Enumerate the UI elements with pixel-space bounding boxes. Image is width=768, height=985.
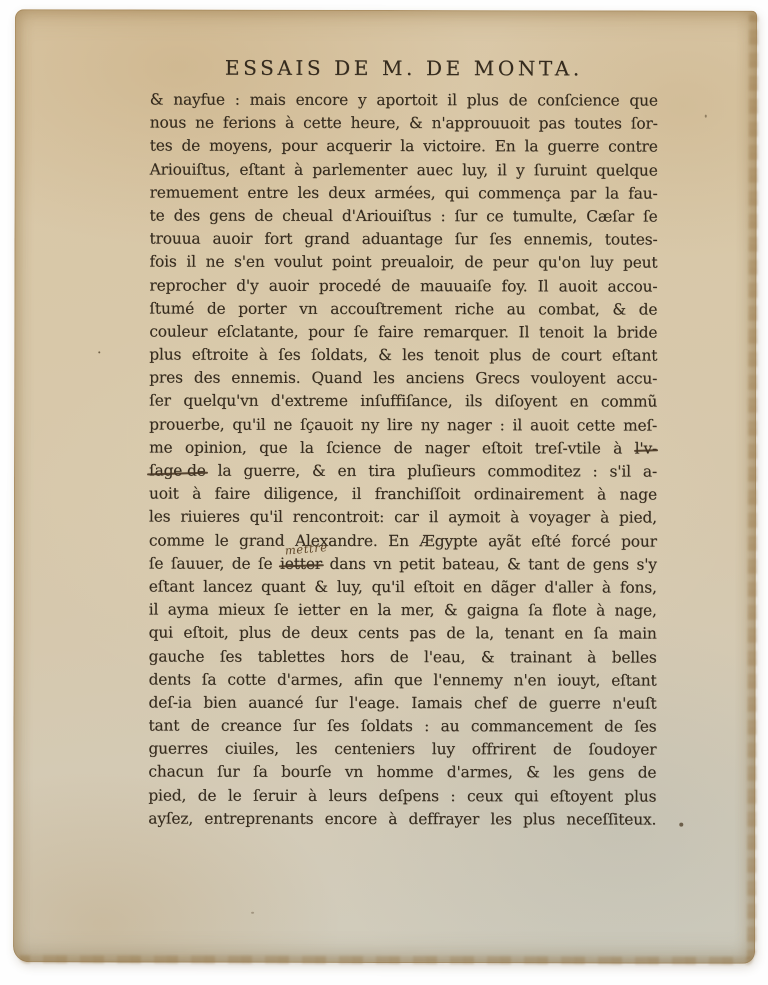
text-segment: pied, de le ſeruir à leurs deſpens : ceu…: [148, 786, 656, 805]
text-segment: deſ-ia bien auancé ſur l'eage. Iamais ch…: [149, 693, 657, 712]
text-line: ayſez, entreprenants encore à deffrayer …: [148, 807, 656, 831]
text-line: trouua auoir fort grand aduantage ſur ſe…: [149, 228, 657, 252]
text-segment: uoit à faire diligence, il franchiſſoit …: [149, 485, 657, 504]
photo-background: ESSAIS DE M. DE MONTA. & nayfue : mais e…: [0, 0, 768, 985]
text-segment: ſer quelqu'vn d'extreme inſuffiſance, il…: [149, 392, 657, 411]
running-header: ESSAIS DE M. DE MONTA.: [150, 56, 658, 81]
text-line: couleur eſclatante, pour ſe faire remarq…: [149, 320, 657, 344]
text-line: tant de creance ſur ſes ſoldats : au com…: [148, 715, 656, 739]
text-segment: ſe ſauuer, de ſe: [149, 554, 280, 572]
struck-text: ſage de: [149, 460, 206, 483]
text-line: comme le grand Alexandre. En Ægypte ayãt…: [149, 529, 657, 553]
book-page: ESSAIS DE M. DE MONTA. & nayfue : mais e…: [13, 9, 757, 964]
text-segment: Ariouiſtus, eſtant à parlementer auec lu…: [150, 160, 658, 179]
text-segment: pres des ennemis. Quand les anciens Grec…: [149, 369, 657, 388]
text-line: qui eſtoit, plus de deux cents pas de la…: [149, 622, 657, 646]
text-line: dents ſa cotte d'armes, afin que l'ennem…: [149, 668, 657, 692]
text-segment: tant de creance ſur ſes ſoldats : au com…: [148, 717, 656, 736]
text-line: gauche ſes tablettes hors de l'eau, & tr…: [149, 645, 657, 669]
text-line: Ariouiſtus, eſtant à parlementer auec lu…: [150, 158, 658, 182]
text-body: & nayfue : mais encore y aportoit il plu…: [148, 89, 658, 832]
text-segment: la guerre, & en tira pluſieurs commodite…: [206, 462, 657, 481]
struck-text: l'v-: [635, 437, 658, 460]
text-segment: gauche ſes tablettes hors de l'eau, & tr…: [149, 647, 657, 666]
text-segment: il ayma mieux ſe ietter en la mer, & gai…: [149, 601, 657, 620]
text-line: prouerbe, qu'il ne ſçauoit ny lire ny na…: [149, 413, 657, 437]
text-line: reprocher d'y auoir procedé de mauuaiſe …: [149, 274, 657, 298]
text-segment: reprocher d'y auoir procedé de mauuaiſe …: [149, 276, 657, 295]
struck-text: iettermettre: [280, 553, 322, 576]
text-segment: les riuieres qu'il rencontroit: car il a…: [149, 508, 657, 527]
text-segment: trouua auoir fort grand aduantage ſur ſe…: [149, 230, 657, 249]
text-segment: & nayfue : mais encore y aportoit il plu…: [150, 91, 658, 110]
text-segment: guerres ciuiles, les centeniers luy offr…: [148, 740, 656, 759]
text-segment: dans vn petit bateau, & tant de gens s'y: [322, 555, 657, 574]
text-line: & nayfue : mais encore y aportoit il plu…: [150, 89, 658, 113]
text-line: deſ-ia bien auancé ſur l'eage. Iamais ch…: [149, 691, 657, 715]
text-segment: te des gens de cheual d'Ariouiſtus : ſur…: [150, 206, 658, 225]
text-line: il ayma mieux ſe ietter en la mer, & gai…: [149, 599, 657, 623]
text-segment: prouerbe, qu'il ne ſçauoit ny lire ny na…: [149, 415, 657, 434]
text-line: nous ne ferions à cette heure, & n'appro…: [150, 112, 658, 136]
text-line: eſtant lancez quant & luy, qu'il eſtoit …: [149, 575, 657, 599]
text-line: pied, de le ſeruir à leurs deſpens : ceu…: [148, 784, 656, 808]
page-content: ESSAIS DE M. DE MONTA. & nayfue : mais e…: [148, 56, 658, 832]
text-line: guerres ciuiles, les centeniers luy offr…: [148, 738, 656, 762]
text-line: les riuieres qu'il rencontroit: car il a…: [149, 506, 657, 530]
text-line: uoit à faire diligence, il franchiſſoit …: [149, 483, 657, 507]
text-segment: nous ne ferions à cette heure, & n'appro…: [150, 114, 658, 133]
text-segment: dents ſa cotte d'armes, afin que l'ennem…: [149, 670, 657, 689]
paper-speck: [98, 351, 100, 353]
paper-speck: [251, 912, 254, 914]
text-line: plus eſtroite à ſes ſoldats, & les tenoi…: [149, 344, 657, 368]
paper-speck: [705, 115, 707, 118]
text-line: ſage de la guerre, & en tira pluſieurs c…: [149, 460, 657, 484]
text-line: pres des ennemis. Quand les anciens Grec…: [149, 367, 657, 391]
text-segment: me opinion, que la ſcience de nager eſto…: [149, 438, 635, 457]
page-deckle-edge-right: [747, 15, 758, 960]
text-line: me opinion, que la ſcience de nager eſto…: [149, 436, 657, 460]
handwritten-correction: mettre: [285, 542, 329, 557]
text-segment: tes de moyens, pour acquerir la victoire…: [150, 137, 658, 156]
text-line: fois il ne s'en voulut point preualoir, …: [149, 251, 657, 275]
text-line: tes de moyens, pour acquerir la victoire…: [150, 135, 658, 159]
text-line: ſtumé de porter vn accouſtrement riche a…: [149, 297, 657, 321]
text-line: te des gens de cheual d'Ariouiſtus : ſur…: [150, 204, 658, 228]
text-segment: couleur eſclatante, pour ſe faire remarq…: [149, 322, 657, 341]
text-segment: qui eſtoit, plus de deux cents pas de la…: [149, 624, 657, 643]
text-line: chacun ſur ſa bourſe vn homme d'armes, &…: [148, 761, 656, 785]
text-segment: comme le grand Alexandre. En Ægypte ayãt…: [149, 531, 657, 550]
text-line: remuement entre les deux armées, qui com…: [150, 181, 658, 205]
text-segment: eſtant lancez quant & luy, qu'il eſtoit …: [149, 577, 657, 596]
text-segment: ayſez, entreprenants encore à deffrayer …: [148, 809, 656, 828]
text-segment: ſtumé de porter vn accouſtrement riche a…: [149, 299, 657, 318]
text-segment: fois il ne s'en voulut point preualoir, …: [149, 253, 657, 272]
text-line: ſe ſauuer, de ſe iettermettre dans vn pe…: [149, 552, 657, 576]
page-deckle-edge-bottom: [19, 955, 753, 965]
text-line: ſer quelqu'vn d'extreme inſuffiſance, il…: [149, 390, 657, 414]
text-segment: remuement entre les deux armées, qui com…: [150, 183, 658, 202]
text-segment: plus eſtroite à ſes ſoldats, & les tenoi…: [149, 346, 657, 365]
paper-speck: [679, 823, 683, 827]
text-segment: chacun ſur ſa bourſe vn homme d'armes, &…: [148, 763, 656, 782]
